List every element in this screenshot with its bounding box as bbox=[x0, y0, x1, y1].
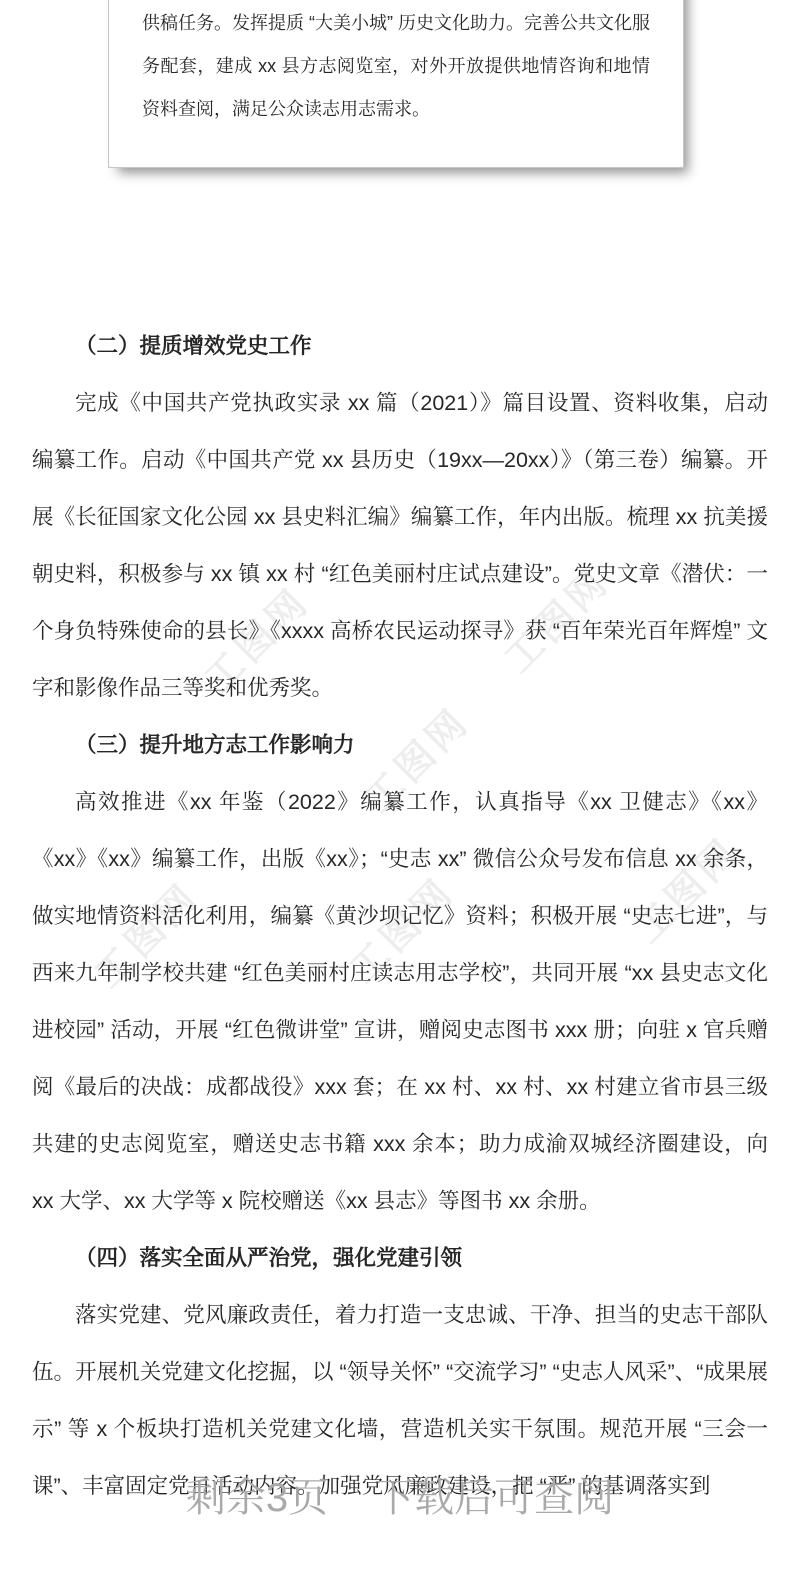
section-paragraph: 高效推进《xx 年鉴（2022》编纂工作，认真指导《xx 卫健志》《xx》《xx… bbox=[32, 774, 768, 1230]
download-to-view-hint: 下载后可查阅 bbox=[374, 1466, 614, 1523]
section-heading-2: （二）提质增效党史工作 bbox=[32, 318, 768, 375]
page2-document-body: （二）提质增效党史工作 完成《中国共产党执政实录 xx 篇（2021）》篇目设置… bbox=[32, 318, 768, 1515]
remaining-pages-label: 剩余3页 bbox=[186, 1466, 328, 1523]
section-paragraph: 完成《中国共产党执政实录 xx 篇（2021）》篇目设置、资料收集，启动编纂工作… bbox=[32, 375, 768, 717]
page1-tail-paragraph: 籍 xx 本，图册 x 册，报纸 x 张，视频 x 个，照片 xx 张，完成供稿… bbox=[142, 0, 650, 131]
section-heading-3: （三）提升地方志工作影响力 bbox=[32, 717, 768, 774]
pages-remaining-note: 剩余3页 下载后可查阅 bbox=[0, 1466, 800, 1523]
section-heading-4: （四）落实全面从严治党，强化党建引领 bbox=[32, 1230, 768, 1287]
page1-preview-sheet: 籍 xx 本，图册 x 册，报纸 x 张，视频 x 个，照片 xx 张，完成供稿… bbox=[108, 0, 684, 168]
